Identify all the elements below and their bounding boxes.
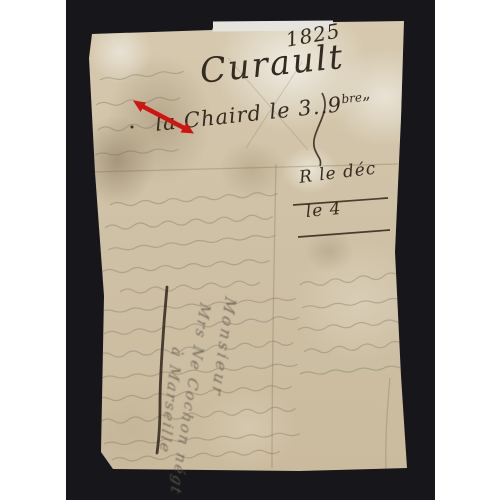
letter-paper xyxy=(88,20,410,474)
photo-canvas: 1825 Curault la Chaird le 3..9bre” R le … xyxy=(0,0,500,500)
month-superscript: bre xyxy=(341,90,363,106)
docket-note-line2: le 4 xyxy=(305,199,342,222)
dateline-marks: ” xyxy=(362,93,373,113)
